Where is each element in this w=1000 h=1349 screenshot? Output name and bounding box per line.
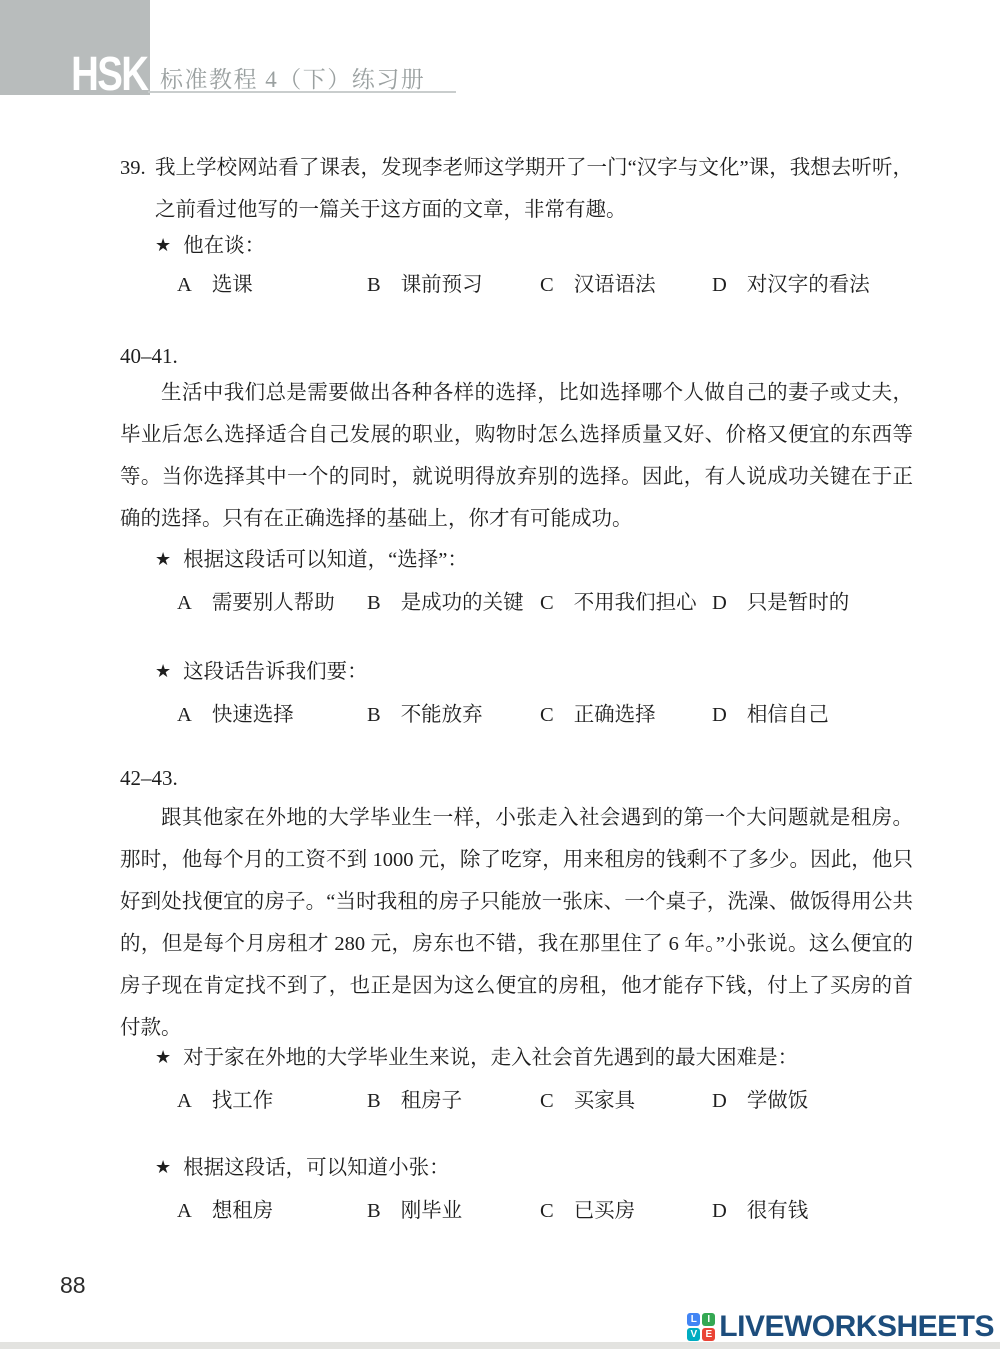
option-label: 不能放弃 (401, 700, 483, 730)
question-42-prompt: 对于家在外地的大学毕业生来说，走入社会首先遇到的最大困难是： (183, 1047, 798, 1069)
question-43-options-row: A 想租房 B 刚毕业 C 已买房 D 很有钱 (177, 1196, 912, 1226)
option-d[interactable]: D 只是暂时的 (712, 588, 912, 618)
option-a[interactable]: A 选课 (177, 270, 367, 300)
option-c[interactable]: C 正确选择 (540, 700, 712, 730)
option-a[interactable]: A 找工作 (177, 1086, 367, 1116)
logo-square-l: L (687, 1313, 700, 1326)
option-label: 租房子 (401, 1086, 463, 1116)
question-42-options-row: A 找工作 B 租房子 C 买家具 D 学做饭 (177, 1086, 912, 1116)
question-43-prompt: 根据这段话，可以知道小张： (183, 1157, 450, 1179)
option-label: 正确选择 (574, 700, 656, 730)
question-39-options-row: A 选课 B 课前预习 C 汉语语法 D 对汉字的看法 (177, 270, 912, 300)
liveworksheets-icon: L I V E (687, 1313, 715, 1341)
option-letter: C (540, 700, 554, 730)
star-icon: ★ (155, 549, 171, 569)
option-d[interactable]: D 很有钱 (712, 1196, 912, 1226)
option-label: 找工作 (212, 1086, 274, 1116)
hsk-logo-block: HSK (0, 0, 150, 95)
option-b[interactable]: B 是成功的关键 (367, 588, 540, 618)
star-icon: ★ (155, 235, 171, 255)
section-42-43-heading: 42–43. (120, 764, 178, 792)
option-label: 汉语语法 (574, 270, 656, 300)
option-letter: B (367, 700, 381, 730)
option-letter: D (712, 700, 727, 730)
option-letter: D (712, 270, 727, 300)
option-letter: A (177, 1086, 192, 1116)
option-b[interactable]: B 刚毕业 (367, 1196, 540, 1226)
option-letter: A (177, 700, 192, 730)
question-39-prompt: 他在谈： (183, 235, 265, 257)
option-label: 只是暂时的 (747, 588, 850, 618)
logo-square-i: I (702, 1313, 715, 1326)
question-40-options-row: A 需要别人帮助 B 是成功的关键 C 不用我们担心 D 只是暂时的 (177, 588, 912, 618)
option-label: 课前预习 (401, 270, 483, 300)
option-label: 很有钱 (747, 1196, 809, 1226)
option-a[interactable]: A 快速选择 (177, 700, 367, 730)
option-letter: B (367, 1086, 381, 1116)
option-c[interactable]: C 买家具 (540, 1086, 712, 1116)
section-40-41-passage: 生活中我们总是需要做出各种各样的选择，比如选择哪个人做自己的妻子或丈夫，毕业后怎… (120, 372, 913, 540)
option-a[interactable]: A 想租房 (177, 1196, 367, 1226)
logo-square-v: V (687, 1328, 700, 1341)
option-label: 刚毕业 (401, 1196, 463, 1226)
option-label: 已买房 (574, 1196, 636, 1226)
option-c[interactable]: C 汉语语法 (540, 270, 712, 300)
liveworksheets-logo[interactable]: L I V E LIVEWORKSHEETS (687, 1312, 994, 1342)
section-40-41-heading: 40–41. (120, 342, 178, 370)
option-b[interactable]: B 课前预习 (367, 270, 540, 300)
question-40-prompt-line: ★根据这段话可以知道，“选择”： (155, 546, 468, 574)
option-letter: C (540, 1086, 554, 1116)
option-label: 学做饭 (747, 1086, 809, 1116)
question-40-prompt: 根据这段话可以知道，“选择”： (183, 549, 468, 571)
question-39-number: 39. (120, 147, 146, 189)
star-icon: ★ (155, 1047, 171, 1067)
logo-square-e: E (702, 1328, 715, 1341)
question-42-prompt-line: ★对于家在外地的大学毕业生来说，走入社会首先遇到的最大困难是： (155, 1044, 798, 1072)
question-41-options-row: A 快速选择 B 不能放弃 C 正确选择 D 相信自己 (177, 700, 912, 730)
option-label: 选课 (212, 270, 253, 300)
option-b[interactable]: B 租房子 (367, 1086, 540, 1116)
option-d[interactable]: D 学做饭 (712, 1086, 912, 1116)
option-letter: C (540, 1196, 554, 1226)
hsk-logo: HSK (71, 51, 147, 99)
question-41-prompt-line: ★这段话告诉我们要： (155, 658, 368, 686)
book-title: 标准教程 4（下）练习册 (160, 61, 425, 94)
option-b[interactable]: B 不能放弃 (367, 700, 540, 730)
section-42-43-passage: 跟其他家在外地的大学毕业生一样，小张走入社会遇到的第一个大问题就是租房。那时，他… (120, 797, 913, 1049)
bottom-edge-strip (0, 1342, 1000, 1349)
option-letter: B (367, 270, 381, 300)
option-letter: D (712, 1196, 727, 1226)
option-letter: A (177, 1196, 192, 1226)
star-icon: ★ (155, 661, 171, 681)
option-label: 是成功的关键 (401, 588, 524, 618)
option-letter: C (540, 588, 554, 618)
option-label: 相信自己 (747, 700, 829, 730)
option-letter: D (712, 1086, 727, 1116)
option-letter: B (367, 588, 381, 618)
option-label: 需要别人帮助 (212, 588, 335, 618)
question-39-text: 我上学校网站看了课表，发现李老师这学期开了一门“汉字与文化”课，我想去听听，之前… (155, 157, 913, 221)
option-label: 买家具 (574, 1086, 636, 1116)
option-a[interactable]: A 需要别人帮助 (177, 588, 367, 618)
option-letter: A (177, 270, 192, 300)
option-label: 对汉字的看法 (747, 270, 870, 300)
question-39-paragraph: 39. 我上学校网站看了课表，发现李老师这学期开了一门“汉字与文化”课，我想去听… (120, 147, 913, 231)
liveworksheets-wordmark: LIVEWORKSHEETS (719, 1312, 994, 1342)
option-label: 快速选择 (212, 700, 294, 730)
option-letter: B (367, 1196, 381, 1226)
option-label: 不用我们担心 (574, 588, 697, 618)
question-43-prompt-line: ★根据这段话，可以知道小张： (155, 1154, 450, 1182)
worksheet-page: HSK 标准教程 4（下）练习册 39. 我上学校网站看了课表，发现李老师这学期… (0, 0, 1000, 1349)
header-divider (148, 91, 456, 93)
option-letter: D (712, 588, 727, 618)
option-d[interactable]: D 相信自己 (712, 700, 912, 730)
option-c[interactable]: C 不用我们担心 (540, 588, 712, 618)
option-label: 想租房 (212, 1196, 274, 1226)
option-d[interactable]: D 对汉字的看法 (712, 270, 912, 300)
option-letter: A (177, 588, 192, 618)
option-letter: C (540, 270, 554, 300)
question-39-prompt-line: ★他在谈： (155, 232, 265, 260)
option-c[interactable]: C 已买房 (540, 1196, 712, 1226)
page-number: 88 (60, 1272, 86, 1299)
star-icon: ★ (155, 1157, 171, 1177)
question-41-prompt: 这段话告诉我们要： (183, 661, 368, 683)
